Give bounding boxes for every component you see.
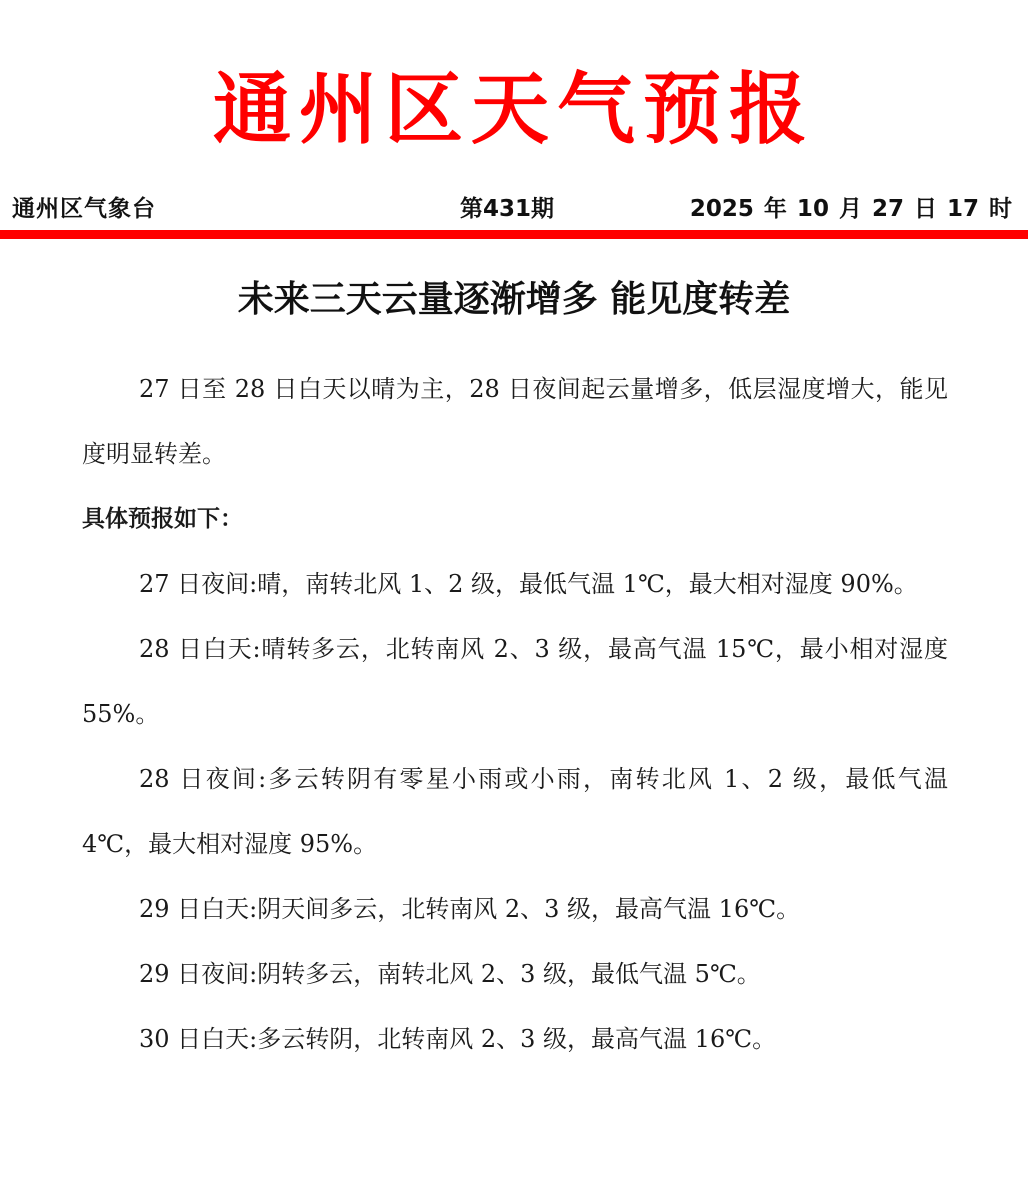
red-divider — [0, 230, 1028, 239]
organization-name: 通州区气象台 — [12, 190, 156, 228]
forecast-item: 29 日夜间:阴转多云，南转北风 2、3 级，最低气温 5℃。 — [82, 942, 948, 1007]
forecast-item: 27 日夜间:晴，南转北风 1、2 级，最低气温 1℃，最大相对湿度 90%。 — [82, 552, 948, 617]
forecast-item: 28 日夜间:多云转阴有零星小雨或小雨，南转北风 1、2 级，最低气温 4℃，最… — [82, 747, 948, 877]
forecast-heading: 具体预报如下： — [82, 487, 948, 552]
forecast-body: 27 日至 28 日白天以晴为主，28 日夜间起云量增多，低层湿度增大，能见度明… — [82, 357, 948, 1072]
issue-info-bar: 通州区气象台 第431期 2025 年 10 月 27 日 17 时 — [0, 190, 1028, 228]
masthead-title: 通州区天气预报 — [0, 62, 1028, 158]
forecast-item: 29 日白天:阴天间多云，北转南风 2、3 级，最高气温 16℃。 — [82, 877, 948, 942]
issue-datetime: 2025 年 10 月 27 日 17 时 — [690, 190, 1012, 228]
headline: 未来三天云量逐渐增多 能见度转差 — [0, 272, 1028, 328]
summary-paragraph: 27 日至 28 日白天以晴为主，28 日夜间起云量增多，低层湿度增大，能见度明… — [82, 357, 948, 487]
forecast-item: 28 日白天:晴转多云，北转南风 2、3 级，最高气温 15℃，最小相对湿度 5… — [82, 617, 948, 747]
issue-number: 第431期 — [460, 190, 554, 228]
forecast-item: 30 日白天:多云转阴，北转南风 2、3 级，最高气温 16℃。 — [82, 1007, 948, 1072]
